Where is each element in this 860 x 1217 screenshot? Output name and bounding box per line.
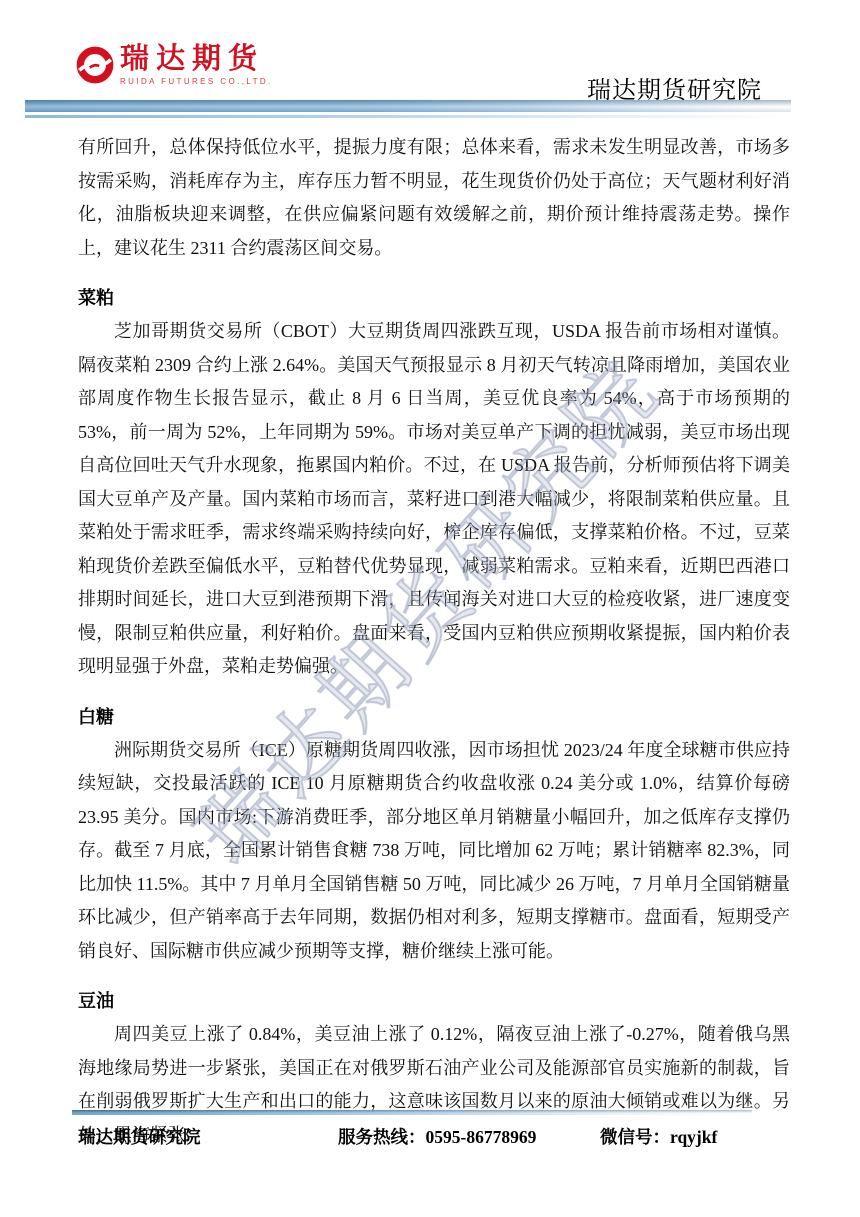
- section-heading-baitang: 白糖: [78, 701, 790, 734]
- footer-wechat: 微信号：rqyjkf: [600, 1124, 717, 1149]
- footer-hotline-number: 0595-86778969: [426, 1127, 537, 1147]
- section-heading-douyou: 豆油: [78, 985, 790, 1018]
- header-divider-underline: [25, 115, 791, 118]
- footer-wechat-id: rqyjkf: [670, 1127, 717, 1147]
- document-body: 有所回升，总体保持低位水平，提振力度有限；总体来看，需求未发生明显改善，市场多按…: [78, 131, 790, 1152]
- intro-paragraph: 有所回升，总体保持低位水平，提振力度有限；总体来看，需求未发生明显改善，市场多按…: [78, 131, 790, 265]
- logo-company-name: 瑞达期货: [120, 44, 273, 74]
- footer-org-name: 瑞达期货研究院: [78, 1124, 201, 1149]
- footer-divider-bar: [72, 1110, 752, 1115]
- logo-company-subtitle: RUIDA FUTURES CO.,LTD.: [120, 77, 273, 86]
- company-logo: 瑞达期货 RUIDA FUTURES CO.,LTD.: [74, 44, 273, 86]
- footer-wechat-label: 微信号：: [600, 1127, 670, 1147]
- footer-hotline-label: 服务热线：: [338, 1127, 426, 1147]
- section-heading-caipo: 菜粕: [78, 282, 790, 315]
- header-divider-bar: [25, 100, 791, 112]
- footer: 瑞达期货研究院 服务热线：0595-86778969 微信号：rqyjkf: [0, 1124, 860, 1150]
- section-paragraph-baitang: 洲际期货交易所（ICE）原糖期货周四收涨，因市场担忧 2023/24 年度全球糖…: [78, 734, 790, 969]
- footer-hotline: 服务热线：0595-86778969: [338, 1124, 536, 1149]
- ruida-logo-icon: [74, 44, 116, 86]
- section-paragraph-caipo: 芝加哥期货交易所（CBOT）大豆期货周四涨跌互现，USDA 报告前市场相对谨慎。…: [78, 315, 790, 684]
